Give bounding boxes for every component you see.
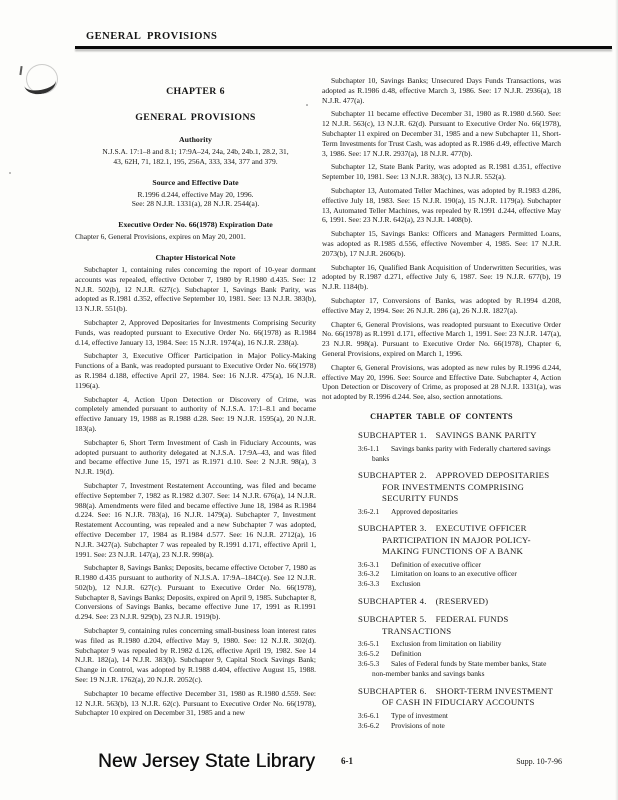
toc-item-number: 3:6-3.3 — [358, 579, 384, 589]
toc-item-number: 3:6-5.1 — [358, 639, 384, 649]
toc-item: 3:6-6.1Type of investment — [358, 711, 561, 721]
running-header: GENERAL PROVISIONS — [86, 31, 217, 42]
toc-item-number: 3:6-3.2 — [358, 569, 384, 579]
historical-paragraph: Subchapter 8, Savings Banks; Deposits, b… — [75, 563, 316, 622]
toc-item: 3:6-3.3Exclusion — [358, 579, 561, 589]
toc-subchapter-number: SUBCHAPTER 2. — [358, 470, 427, 480]
historical-paragraph: Subchapter 16, Qualified Bank Acquisitio… — [322, 263, 561, 292]
header-rule — [75, 46, 612, 49]
library-stamp: New Jersey State Library — [98, 751, 315, 773]
chapter-number-heading: CHAPTER 6 — [75, 86, 316, 98]
toc-item-number: 3:6-6.2 — [358, 721, 384, 731]
toc-item-text: Exclusion from limitation on liability — [391, 639, 501, 648]
historical-paragraph: Subchapter 10 became effective December … — [75, 689, 316, 718]
toc-subchapter-title: (RESERVED) — [436, 596, 489, 606]
authority-line: N.J.S.A. 17:1–8 and 8.1; 17:9A–24, 24a, … — [75, 147, 316, 157]
toc-item-text: Sales of Federal funds by State member b… — [372, 659, 546, 678]
historical-paragraph: Subchapter 13, Automated Teller Machines… — [322, 186, 561, 225]
historical-paragraph: Subchapter 15, Savings Banks: Officers a… — [322, 229, 561, 258]
toc-subchapter-3: SUBCHAPTER 3.EXECUTIVE OFFICER PARTICIPA… — [358, 523, 561, 589]
toc-block: SUBCHAPTER 1.SAVINGS BANK PARITY 3:6-1.1… — [358, 430, 561, 731]
toc-item-number: 3:6-5.2 — [358, 649, 384, 659]
toc-item-text: Limitation on loans to an executive offi… — [391, 569, 517, 578]
authority-heading: Authority — [75, 135, 316, 145]
historical-paragraph: Chapter 6, General Provisions, was adopt… — [322, 363, 561, 402]
toc-subchapter-4: SUBCHAPTER 4.(RESERVED) — [358, 596, 561, 607]
toc-item-text: Definition — [391, 649, 421, 658]
historical-paragraph: Subchapter 9, containing rules concernin… — [75, 626, 316, 685]
historical-paragraph: Subchapter 1, containing rules concernin… — [75, 265, 316, 314]
toc-item-text: Provisions of note — [391, 721, 445, 730]
toc-item-number: 3:6-6.1 — [358, 711, 384, 721]
toc-subchapter-number: SUBCHAPTER 4. — [358, 596, 427, 606]
scan-smudge-tick — [19, 66, 22, 75]
source-line: R.1996 d.244, effective May 20, 1996. — [75, 190, 316, 200]
toc-heading: CHAPTER TABLE OF CONTENTS — [322, 411, 561, 422]
toc-subchapter-2: SUBCHAPTER 2.APPROVED DEPOSITARIES FOR I… — [358, 470, 561, 516]
right-column: Subchapter 10, Savings Banks; Unsecured … — [322, 76, 561, 738]
toc-subchapter-heading: SUBCHAPTER 1.SAVINGS BANK PARITY — [358, 430, 561, 441]
toc-subchapter-number: SUBCHAPTER 3. — [358, 523, 427, 533]
toc-subchapter-1: SUBCHAPTER 1.SAVINGS BANK PARITY 3:6-1.1… — [358, 430, 561, 464]
toc-item-text: Definition of executive officer — [391, 560, 481, 569]
historical-note-heading: Chapter Historical Note — [75, 253, 316, 263]
toc-item: 3:6-5.1Exclusion from limitation on liab… — [358, 639, 561, 649]
historical-paragraph: Subchapter 10, Savings Banks; Unsecured … — [322, 76, 561, 105]
source-line: See: 28 N.J.R. 1331(a), 28 N.J.R. 2544(a… — [75, 199, 316, 209]
toc-subchapter-heading: SUBCHAPTER 4.(RESERVED) — [358, 596, 561, 607]
toc-item-text: Exclusion — [391, 579, 421, 588]
historical-paragraph: Subchapter 2, Approved Depositaries for … — [75, 318, 316, 347]
toc-subchapter-number: SUBCHAPTER 1. — [358, 430, 427, 440]
historical-paragraph: Subchapter 6, Short Term Investment of C… — [75, 438, 316, 477]
toc-item: 3:6-3.2Limitation on loans to an executi… — [358, 569, 561, 579]
toc-item-number: 3:6-3.1 — [358, 560, 384, 570]
toc-subchapter-heading: SUBCHAPTER 2.APPROVED DEPOSITARIES FOR I… — [358, 470, 561, 504]
toc-item-number: 3:6-5.3 — [358, 659, 384, 669]
toc-item-text: Type of investment — [391, 711, 448, 720]
toc-item-number: 3:6-2.1 — [358, 507, 384, 517]
scan-smudge — [20, 62, 60, 96]
toc-item-text: Savings banks parity with Federally char… — [372, 444, 551, 463]
historical-paragraph: Subchapter 3, Executive Officer Particip… — [75, 351, 316, 390]
toc-subchapter-heading: SUBCHAPTER 6.SHORT-TERM INVESTMENT OF CA… — [358, 686, 561, 708]
toc-item-number: 3:6-1.1 — [358, 444, 384, 454]
toc-subchapter-heading: SUBCHAPTER 3.EXECUTIVE OFFICER PARTICIPA… — [358, 523, 561, 557]
toc-item: 3:6-2.1Approved depositaries — [358, 507, 561, 517]
historical-paragraph: Subchapter 12, State Bank Parity, was ad… — [322, 162, 561, 182]
toc-subchapter-5: SUBCHAPTER 5.FEDERAL FUNDS TRANSACTIONS … — [358, 614, 561, 679]
expiration-heading: Executive Order No. 66(1978) Expiration … — [75, 220, 316, 230]
historical-paragraph: Subchapter 7, Investment Restatement Acc… — [75, 481, 316, 559]
scan-speck — [9, 172, 11, 174]
toc-item: 3:6-1.1Savings banks parity with Federal… — [358, 444, 561, 464]
authority-line: 43, 62H, 71, 182.1, 195, 256A, 333, 334,… — [75, 157, 316, 167]
toc-subchapter-number: SUBCHAPTER 5. — [358, 614, 427, 624]
toc-subchapter-number: SUBCHAPTER 6. — [358, 686, 427, 696]
source-heading: Source and Effective Date — [75, 178, 316, 188]
historical-paragraph: Subchapter 4, Action Upon Detection or D… — [75, 395, 316, 434]
scanned-document-page: GENERAL PROVISIONS CHAPTER 6 GENERAL PRO… — [0, 0, 618, 800]
supplement-date: Supp. 10-7-96 — [516, 757, 562, 766]
toc-item-text: Approved depositaries — [391, 507, 458, 516]
toc-item: 3:6-5.3Sales of Federal funds by State m… — [358, 659, 561, 679]
toc-item: 3:6-3.1Definition of executive officer — [358, 560, 561, 570]
historical-paragraph: Subchapter 17, Conversions of Banks, was… — [322, 296, 561, 316]
toc-subchapter-title: SAVINGS BANK PARITY — [436, 430, 537, 440]
page-number: 6-1 — [341, 756, 353, 766]
toc-item: 3:6-6.2Provisions of note — [358, 721, 561, 731]
toc-item: 3:6-5.2Definition — [358, 649, 561, 659]
left-column: CHAPTER 6 GENERAL PROVISIONS Authority N… — [75, 84, 316, 722]
toc-subchapter-6: SUBCHAPTER 6.SHORT-TERM INVESTMENT OF CA… — [358, 686, 561, 731]
historical-paragraph: Subchapter 11 became effective December … — [322, 109, 561, 158]
historical-paragraph: Chapter 6, General Provisions, was reado… — [322, 320, 561, 359]
chapter-title-heading: GENERAL PROVISIONS — [75, 112, 316, 124]
toc-subchapter-heading: SUBCHAPTER 5.FEDERAL FUNDS TRANSACTIONS — [358, 614, 561, 636]
expiration-text: Chapter 6, General Provisions, expires o… — [75, 232, 316, 242]
